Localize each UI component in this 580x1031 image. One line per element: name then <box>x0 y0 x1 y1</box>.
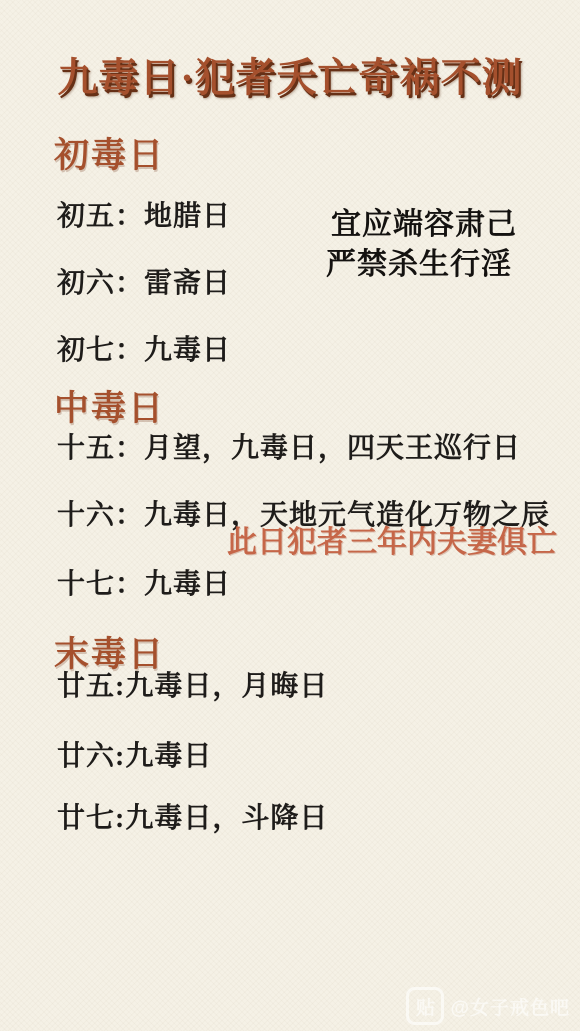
list-item: 十五：月望，九毒日，四天王巡行日 <box>57 426 521 466</box>
list-item: 十七：九毒日 <box>57 562 231 602</box>
poster-background: 九毒日·犯者夭亡奇祸不测 初毒日 初五：地腊日 初六：雷斋日 初七：九毒日 宜应… <box>0 0 580 1031</box>
list-item: 初七：九毒日 <box>57 328 231 368</box>
advice-note-line-2: 严禁杀生行淫 <box>326 239 512 283</box>
list-item: 廿五:九毒日，月晦日 <box>57 664 328 704</box>
watermark-handle: @女子戒色吧 <box>450 993 570 1020</box>
tieba-logo-icon: 贴 <box>406 987 444 1025</box>
poster-title: 九毒日·犯者夭亡奇祸不测 <box>0 46 580 103</box>
section-header-first-poison-days: 初毒日 <box>54 128 165 178</box>
list-item: 廿六:九毒日 <box>57 734 212 774</box>
list-item: 初五：地腊日 <box>57 194 231 234</box>
warning-overlay-text: 此日犯者三年内夫妻俱亡 <box>227 517 557 561</box>
list-item: 初六：雷斋日 <box>57 261 231 301</box>
section-header-middle-poison-days: 中毒日 <box>54 381 165 431</box>
watermark: 贴 @女子戒色吧 <box>406 987 570 1025</box>
list-item: 廿七:九毒日，斗降日 <box>57 796 328 836</box>
advice-note-line-1: 宜应端容肃己 <box>331 199 517 243</box>
